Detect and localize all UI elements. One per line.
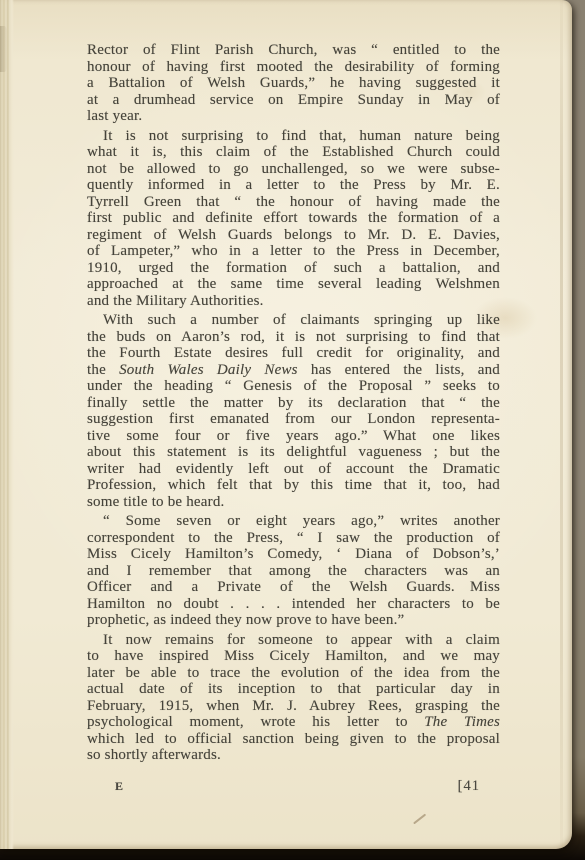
printers-signature-mark: E — [115, 779, 124, 794]
paragraph: Rector of Flint Parish Church, was “ ent… — [87, 42, 500, 125]
paper-scratch — [413, 814, 426, 824]
page-text: Rector of Flint Parish Church, was “ ent… — [87, 42, 500, 764]
text-line: prophetic, as indeed they now prove to h… — [87, 612, 500, 629]
text-line: which led to official sanction being giv… — [87, 731, 500, 748]
text-line: regiment of Welsh Guards belongs to Mr. … — [87, 227, 500, 244]
text-line: a Battalion of Welsh Guards,” he having … — [87, 75, 500, 92]
text-line: honour of having first mooted the desira… — [87, 59, 500, 76]
text-line: correspondent to the Press, “ I saw the … — [87, 530, 500, 547]
text-line: It is not surprising to find that, human… — [87, 128, 500, 145]
scan-backdrop: Rector of Flint Parish Church, was “ ent… — [0, 0, 585, 860]
text-line: to have inspired Miss Cicely Hamilton, a… — [87, 648, 500, 665]
italic-title: The Times — [424, 714, 500, 730]
text-line: the Fourth Estate desires full credit fo… — [87, 345, 500, 362]
text-line: psychological moment, wrote his letter t… — [87, 714, 500, 731]
text-line: Tyrrell Green that “ the honour of havin… — [87, 194, 500, 211]
paragraph: “ Some seven or eight years ago,” writes… — [87, 513, 500, 629]
text-line: what it is, this claim of the Establishe… — [87, 144, 500, 161]
text-line: last year. — [87, 108, 500, 125]
text-line: not be allowed to go unchallenged, so we… — [87, 161, 500, 178]
text-line: at a drumhead service on Empire Sunday i… — [87, 92, 500, 109]
text-line: It now remains for someone to appear wit… — [87, 632, 500, 649]
text-line: “ Some seven or eight years ago,” writes… — [87, 513, 500, 530]
text-segment: has entered the lists, and — [298, 362, 500, 378]
text-line: writer had evidently left out of account… — [87, 461, 500, 478]
text-line: later be able to trace the evolution of … — [87, 665, 500, 682]
text-line: February, 1915, when Mr. J. Aubrey Rees,… — [87, 698, 500, 715]
text-line: With such a number of claimants springin… — [87, 312, 500, 329]
page-deckle-edge — [0, 0, 14, 849]
text-line: tive some four or five years ago.” What … — [87, 428, 500, 445]
text-line: of Lampeter,” who in a letter to the Pre… — [87, 243, 500, 260]
text-line: actual date of its inception to that par… — [87, 681, 500, 698]
paragraph: With such a number of claimants springin… — [87, 312, 500, 510]
text-line: finally settle the matter by its declara… — [87, 395, 500, 412]
text-line: Officer and a Private of the Welsh Guard… — [87, 579, 500, 596]
text-line: 1910, urged the formation of such a batt… — [87, 260, 500, 277]
deckle-notch — [0, 26, 9, 72]
page-footer: E [41 — [87, 778, 500, 795]
text-line: Miss Cicely Hamilton’s Comedy, ‘ Diana o… — [87, 546, 500, 563]
text-line: Rector of Flint Parish Church, was “ ent… — [87, 42, 500, 59]
text-line: under the heading “ Genesis of the Propo… — [87, 378, 500, 395]
italic-title: South Wales Daily News — [119, 362, 298, 378]
text-line: suggestion first emanated from our Londo… — [87, 411, 500, 428]
text-segment: the — [87, 362, 119, 378]
text-line: some title to be heard. — [87, 494, 500, 511]
text-line: Hamilton no doubt . . . . intended her c… — [87, 596, 500, 613]
text-line: Profession, which felt that by this time… — [87, 477, 500, 494]
text-line: quently informed in a letter to the Pres… — [87, 177, 500, 194]
text-line: first public and definite effort towards… — [87, 210, 500, 227]
book-page: Rector of Flint Parish Church, was “ ent… — [0, 0, 572, 849]
text-segment: psychological moment, wrote his letter t… — [87, 714, 424, 730]
text-line: and I remember that among the characters… — [87, 563, 500, 580]
paragraph: It is not surprising to find that, human… — [87, 128, 500, 310]
text-line: approached at the same time several lead… — [87, 276, 500, 293]
paper-crease — [560, 0, 563, 849]
paragraph: It now remains for someone to appear wit… — [87, 632, 500, 764]
text-line: so shortly afterwards. — [87, 747, 500, 764]
page-number: [41 — [458, 778, 480, 795]
text-line: the buds on Aaron’s rod, it is not surpr… — [87, 329, 500, 346]
text-line: about this statement is its delightful v… — [87, 444, 500, 461]
text-line: and the Military Authorities. — [87, 293, 500, 310]
text-line: the South Wales Daily News has entered t… — [87, 362, 500, 379]
